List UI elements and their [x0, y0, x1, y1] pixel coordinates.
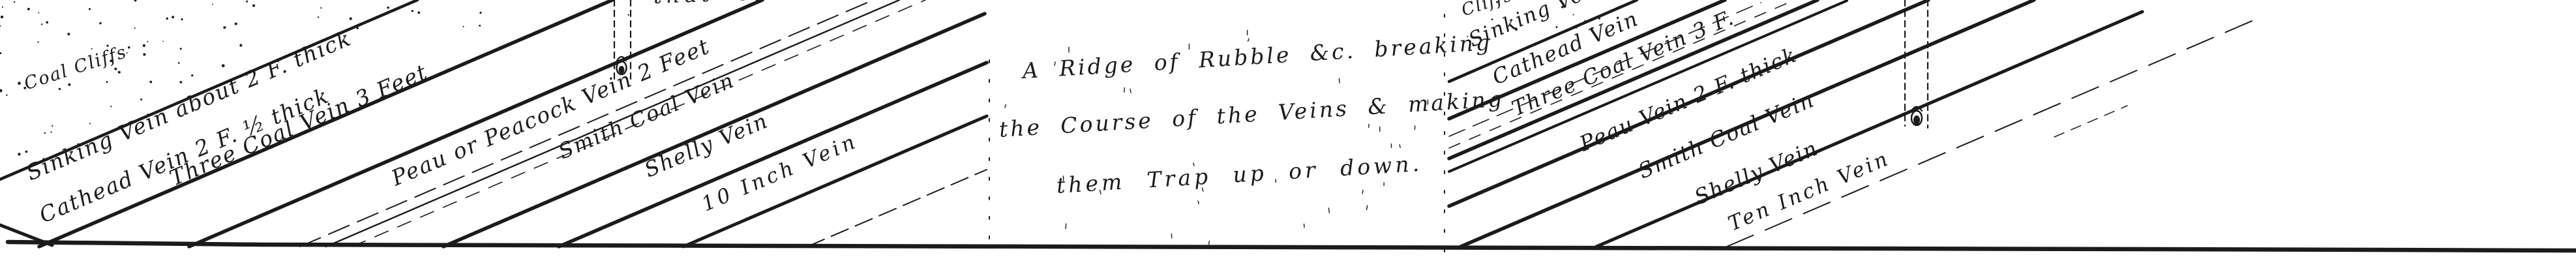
colliery-section-plate: that of her East End Coal Cliffs Sinking…: [0, 0, 2576, 257]
section-drawing: [0, 0, 2576, 257]
ground-level-line: [8, 242, 2575, 250]
